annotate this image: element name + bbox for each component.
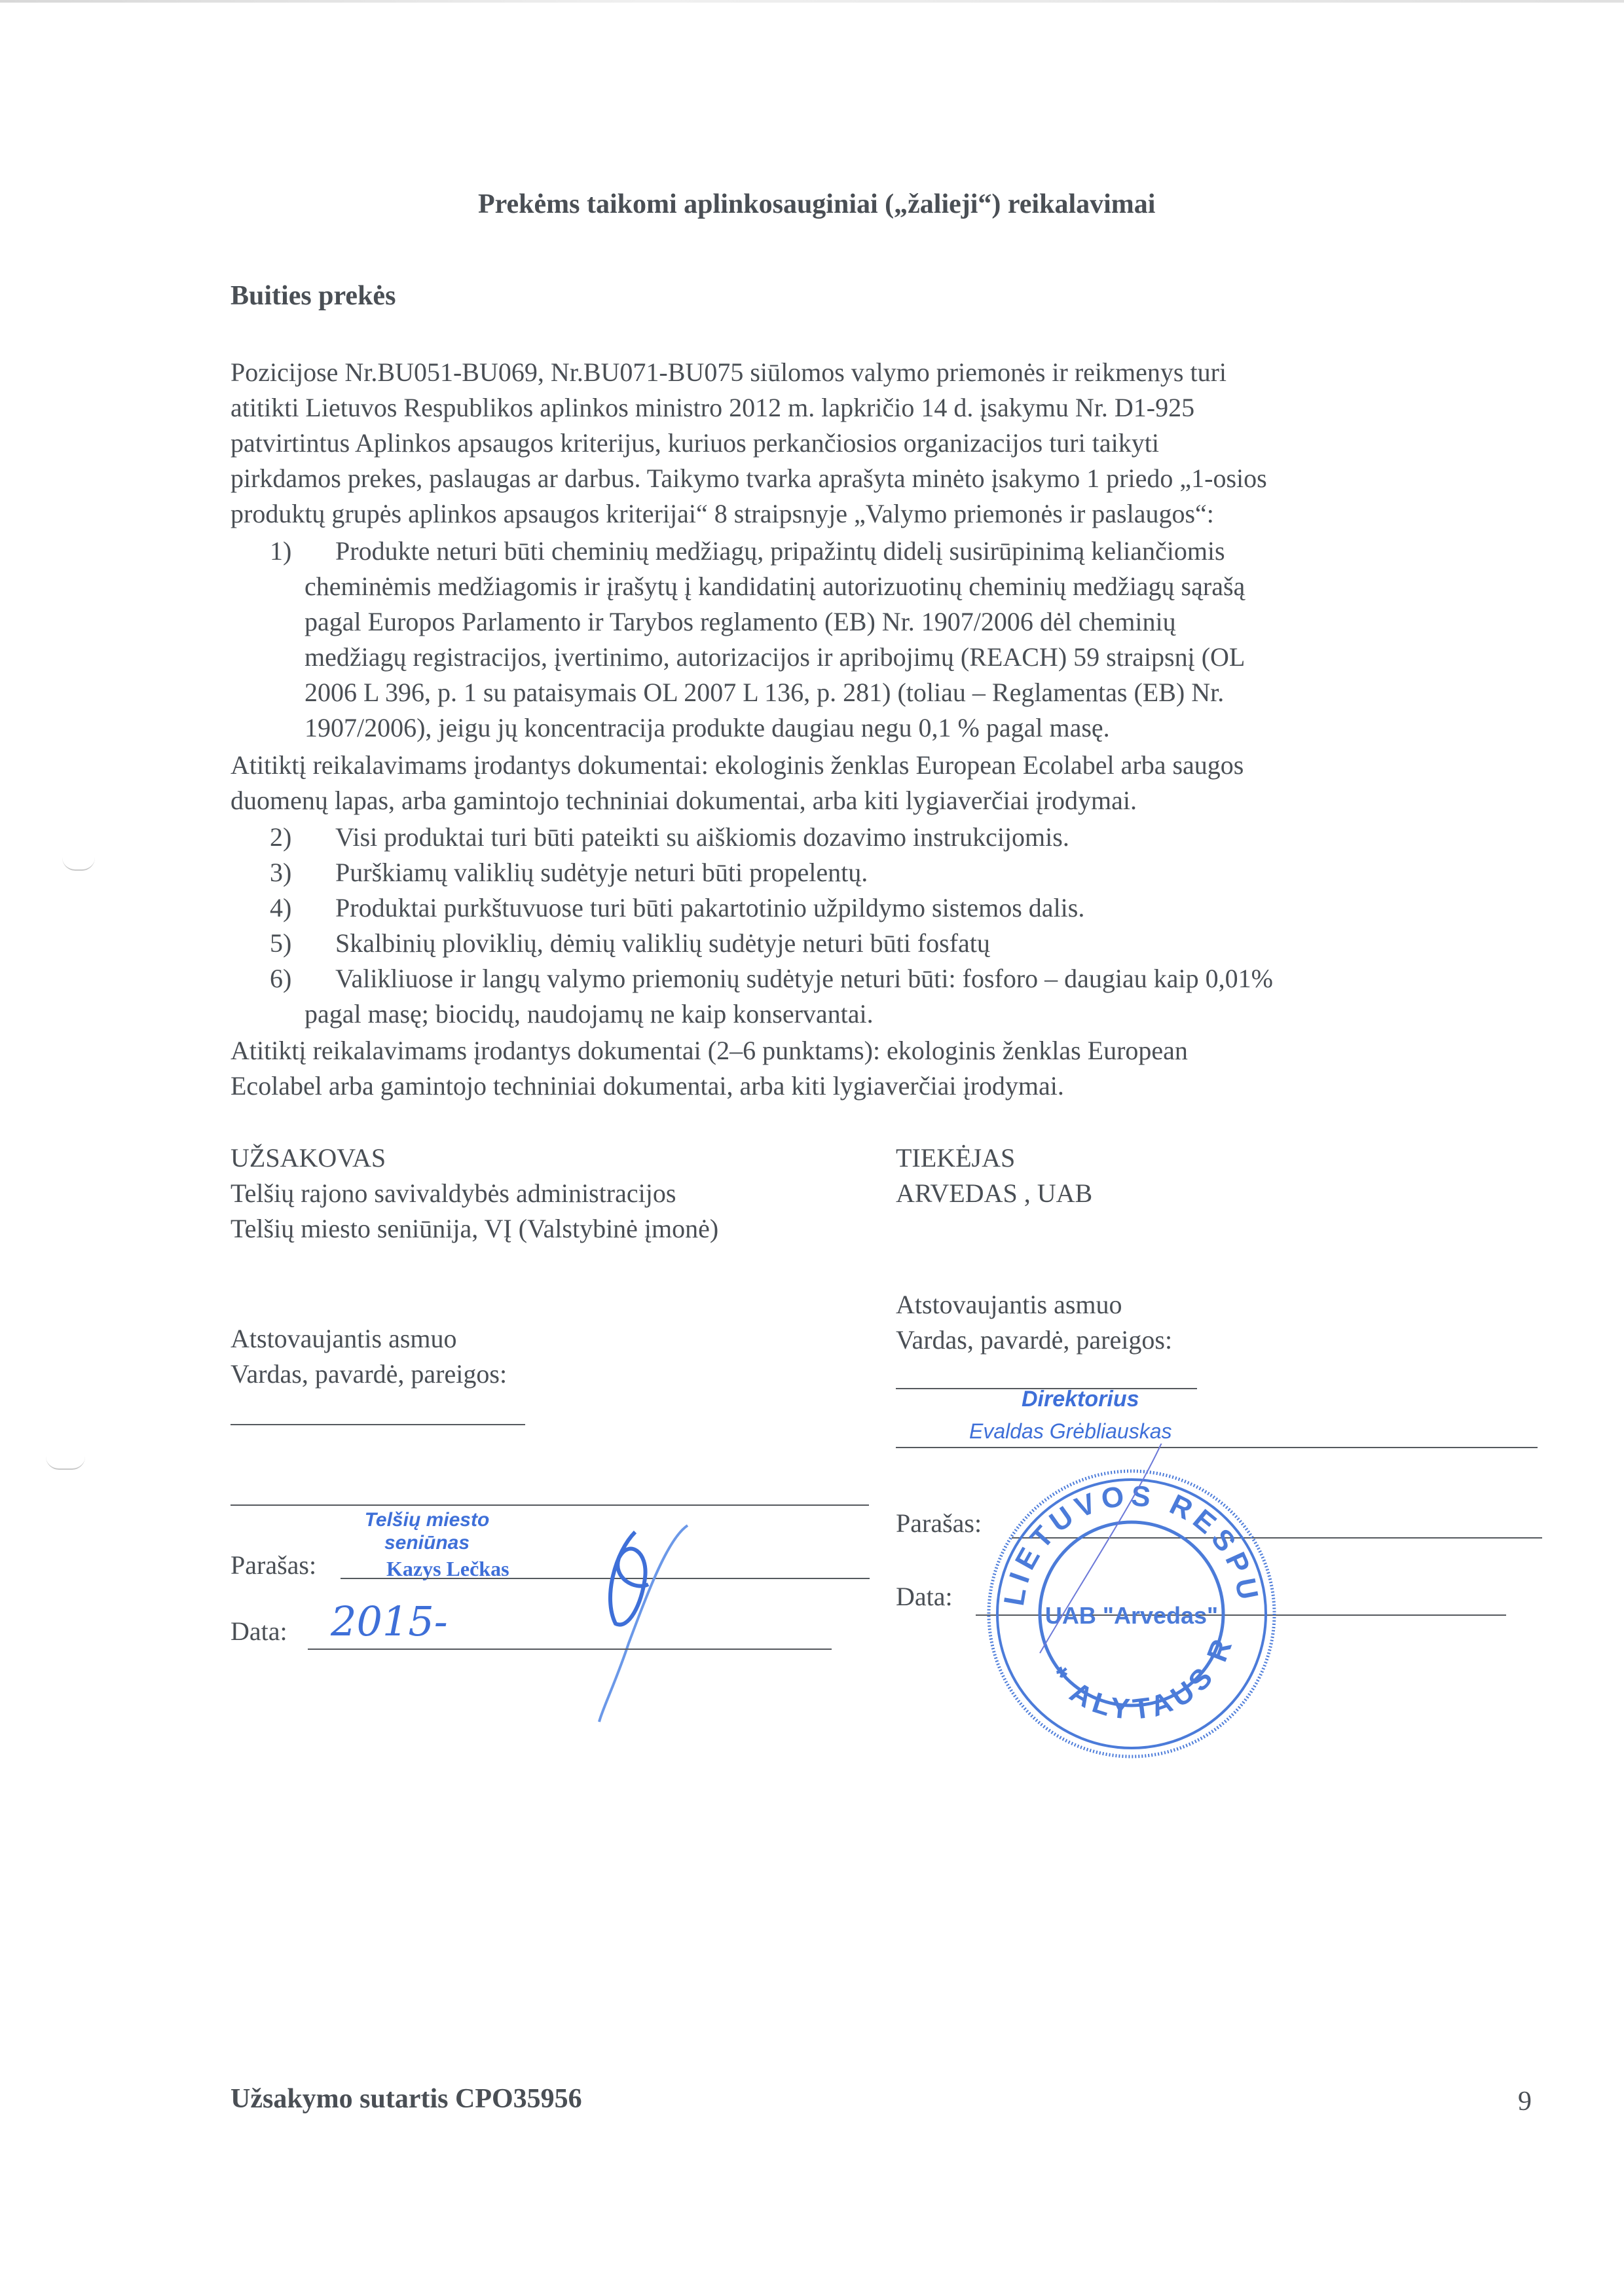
page-number: 9 [1518, 2086, 1532, 2117]
list-line: 2006 L 396, p. 1 su pataisymais OL 2007 … [304, 675, 1224, 710]
supplier-rep-label: Atstovaujantis asmuo [896, 1287, 1122, 1322]
list-text: Valikliuose ir langų valymo priemonių su… [335, 961, 1273, 996]
stamp-line: Telšių miesto [316, 1509, 538, 1531]
scan-mark [46, 1457, 85, 1470]
signature-label: Parašas: [231, 1548, 316, 1583]
compliance-line: Atitiktį reikalavimams įrodantys dokumen… [231, 1033, 1188, 1068]
list-number: 5) [270, 926, 291, 961]
document-title: Prekėms taikomi aplinkosauginiai („žalie… [478, 189, 1155, 220]
svg-text:UAB "Arvedas": UAB "Arvedas" [1045, 1602, 1218, 1629]
date-label: Data: [896, 1579, 953, 1614]
date-label: Data: [231, 1614, 287, 1649]
customer-name-label: Vardas, pavardė, pareigos: [231, 1357, 507, 1392]
intro-line: atitikti Lietuvos Respublikos aplinkos m… [231, 390, 1194, 426]
customer-role: UŽSAKOVAS [231, 1140, 386, 1176]
supplier-role: TIEKĖJAS [896, 1140, 1015, 1176]
list-continuation: pagal masę; biocidų, naudojamų ne kaip k… [304, 996, 874, 1032]
intro-line: patvirtintus Aplinkos apsaugos kriteriju… [231, 426, 1159, 461]
stamp-line: Evaldas Grėbliauskas [969, 1419, 1172, 1444]
stamp-line: Direktorius [1022, 1387, 1139, 1412]
scan-edge [0, 0, 1624, 3]
intro-line: Pozicijose Nr.BU051-BU069, Nr.BU071-BU07… [231, 355, 1227, 390]
name-line [231, 1424, 525, 1425]
list-line: 1907/2006), jeigu jų koncentracija produ… [304, 710, 1110, 746]
list-text: Produktai purkštuvuose turi būti pakarto… [335, 890, 1084, 926]
list-number: 3) [270, 855, 291, 890]
list-line: medžiagų registracijos, įvertinimo, auto… [304, 640, 1245, 675]
list-line: cheminėmis medžiagomis ir įrašytų į kand… [304, 569, 1245, 604]
customer-org-line: Telšių rajono savivaldybės administracij… [231, 1176, 676, 1211]
section-heading: Buities prekės [231, 280, 396, 312]
list-line: Produkte neturi būti cheminių medžiagų, … [335, 534, 1225, 569]
company-seal-icon: LIETUVOS RESPUBLIKA * ALYTAUS RAJ. * UAB… [968, 1444, 1295, 1771]
list-text: Visi produktai turi būti pateikti su aiš… [335, 820, 1069, 855]
intro-line: pirkdamos prekes, paslaugas ar darbus. T… [231, 461, 1267, 496]
list-text: Purškiamų valiklių sudėtyje neturi būti … [335, 855, 868, 890]
customer-org-line: Telšių miesto seniūnija, VĮ (Valstybinė … [231, 1211, 718, 1247]
handwritten-date: 2015- [331, 1597, 448, 1645]
footer-contract: Užsakymo sutartis CPO35956 [231, 2083, 582, 2115]
list-line: pagal Europos Parlamento ir Tarybos regl… [304, 604, 1176, 640]
compliance-line: duomenų lapas, arba gamintojo techniniai… [231, 783, 1137, 818]
intro-line: produktų grupės aplinkos apsaugos kriter… [231, 496, 1214, 532]
list-number: 1) [270, 534, 291, 569]
list-number: 2) [270, 820, 291, 855]
date-line[interactable] [308, 1649, 832, 1650]
title-line [231, 1504, 869, 1506]
compliance-line: Ecolabel arba gamintojo techniniai dokum… [231, 1068, 1064, 1104]
supplier-org-line: ARVEDAS , UAB [896, 1176, 1092, 1211]
supplier-name-label: Vardas, pavardė, pareigos: [896, 1322, 1172, 1358]
compliance-line: Atitiktį reikalavimams įrodantys dokumen… [231, 748, 1244, 783]
stamp-line: seniūnas [316, 1532, 538, 1554]
customer-rep-label: Atstovaujantis asmuo [231, 1321, 457, 1357]
scan-mark [62, 858, 95, 871]
list-text: Skalbinių ploviklių, dėmių valiklių sudė… [335, 926, 990, 961]
list-number: 6) [270, 961, 291, 996]
list-number: 4) [270, 890, 291, 926]
handwritten-signature-icon [576, 1512, 707, 1735]
